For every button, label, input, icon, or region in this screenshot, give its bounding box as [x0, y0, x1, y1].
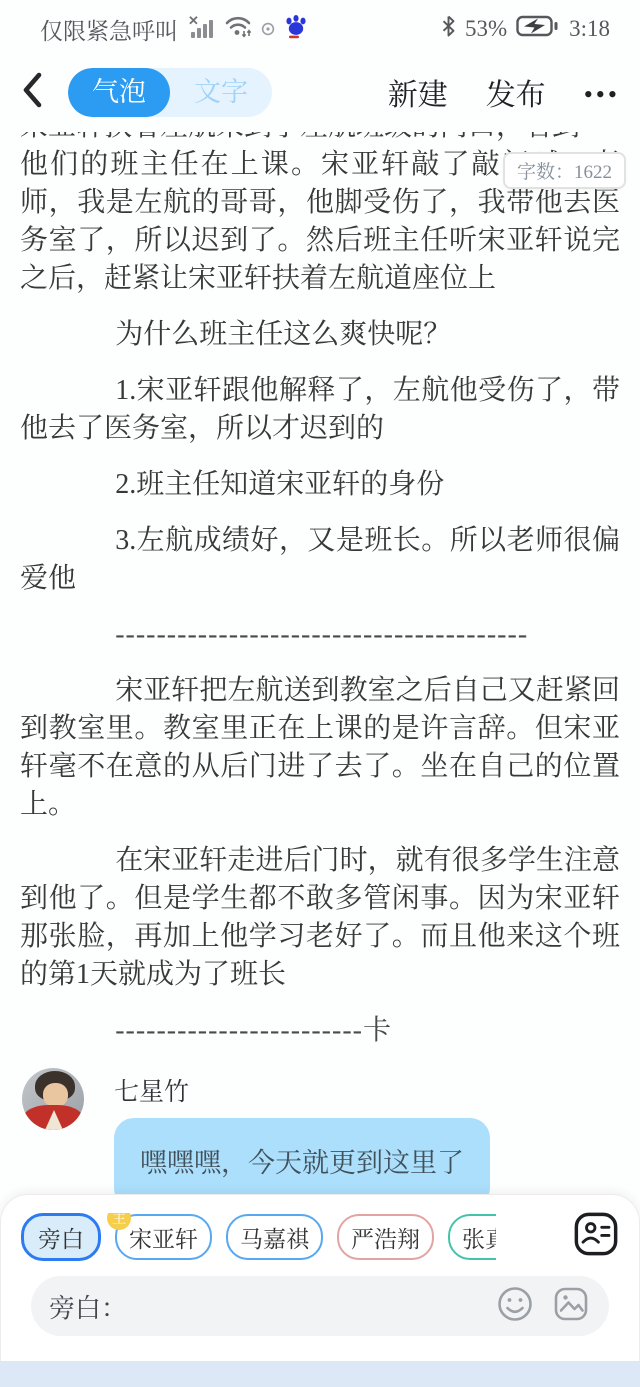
character-manager-icon[interactable] — [573, 1211, 619, 1257]
chat-row: 七星竹 嘿嘿嘿，今天就更到这里了 — [20, 1068, 620, 1208]
avatar[interactable] — [22, 1068, 84, 1130]
view-mode-toggle: 气泡 文字 — [68, 68, 272, 117]
word-count-value: 1622 — [574, 162, 612, 183]
tab-bubble-mode[interactable]: 气泡 — [68, 68, 170, 117]
word-count-badge: 字数：1622 — [503, 152, 626, 189]
character-pill-label: 严浩翔 — [351, 1221, 420, 1254]
emoji-icon[interactable] — [495, 1284, 535, 1329]
app-screen: 仅限紧急呼叫 ✕ — [0, 0, 640, 1387]
battery-percent-label: 53% — [465, 16, 507, 42]
character-pill-旁白[interactable]: 旁白 — [21, 1213, 101, 1261]
new-button[interactable]: 新建 — [388, 70, 448, 114]
character-pill-row: 旁白宋亚轩主马嘉祺严浩翔张真源 — [21, 1213, 496, 1261]
status-bar: 仅限紧急呼叫 ✕ — [0, 0, 640, 52]
message-input[interactable]: 旁白： — [31, 1276, 609, 1336]
gesture-nav-area — [0, 1361, 640, 1387]
bluetooth-icon — [441, 15, 456, 43]
input-prefix-label: 旁白： — [49, 1288, 127, 1325]
story-editor[interactable]: 字数：1622 宋亚轩扶着左航来到了左航班级的门口，看到 他们的班主任在上课。宋… — [0, 132, 640, 1050]
battery-charging-icon — [516, 14, 560, 44]
publish-button[interactable]: 发布 — [486, 70, 546, 114]
main-character-badge: 主 — [107, 1213, 131, 1230]
story-paragraph: 在宋亚轩走进后门时，就有很多学生注意到他了。但是学生都不敢多管闲事。因为宋亚轩那… — [20, 842, 620, 994]
story-paragraphs: 他们的班主任在上课。宋亚轩敲了敲门喊：老师，我是左航的哥哥，他脚受伤了，我带他去… — [20, 146, 620, 1050]
divider-line: ---------------------------------------- — [20, 616, 620, 654]
tab-text-mode[interactable]: 文字 — [170, 68, 272, 117]
story-paragraph: 宋亚轩把左航送到教室之后自己又赶紧回到教室里。教室里正在上课的是许言辞。但宋亚轩… — [20, 672, 620, 824]
nav-bar: 气泡 文字 新建 发布 ••• — [0, 52, 640, 132]
image-icon[interactable] — [551, 1284, 591, 1329]
character-pill-label: 马嘉祺 — [240, 1221, 309, 1254]
back-button[interactable] — [20, 71, 44, 114]
baidu-paw-icon — [284, 13, 308, 45]
signal-no-service-icon: ✕ — [189, 18, 215, 40]
character-pill-张真源[interactable]: 张真源 — [448, 1214, 496, 1260]
more-menu-button[interactable]: ••• — [584, 76, 620, 108]
clipped-top-line: 宋亚轩扶着左航来到了左航班级的门口，看到 — [20, 132, 620, 146]
character-pill-严浩翔[interactable]: 严浩翔 — [337, 1214, 434, 1260]
character-pill-马嘉祺[interactable]: 马嘉祺 — [226, 1214, 323, 1260]
eye-comfort-icon — [261, 16, 275, 42]
divider-line: ------------------------卡 — [20, 1012, 620, 1050]
composer-panel: 旁白宋亚轩主马嘉祺严浩翔张真源 旁白： — [0, 1194, 640, 1361]
story-paragraph: 1.宋亚轩跟他解释了，左航他受伤了，带他去了医务室，所以才迟到的 — [20, 372, 620, 448]
story-paragraph: 为什么班主任这么爽快呢？ — [20, 316, 620, 354]
story-paragraph: 3.左航成绩好，又是班长。所以老师很偏爱他 — [20, 522, 620, 598]
wifi-icon — [224, 14, 252, 44]
character-pill-宋亚轩[interactable]: 宋亚轩主 — [115, 1214, 212, 1260]
character-pill-label: 张真源 — [462, 1221, 496, 1254]
story-paragraph: 2.班主任知道宋亚轩的身份 — [20, 466, 620, 504]
character-name: 七星竹 — [114, 1068, 620, 1108]
character-pill-label: 旁白 — [38, 1221, 84, 1254]
clock-label: 3:18 — [569, 16, 610, 42]
carrier-label: 仅限紧急呼叫 — [40, 13, 178, 46]
character-pill-label: 宋亚轩 — [129, 1221, 198, 1254]
